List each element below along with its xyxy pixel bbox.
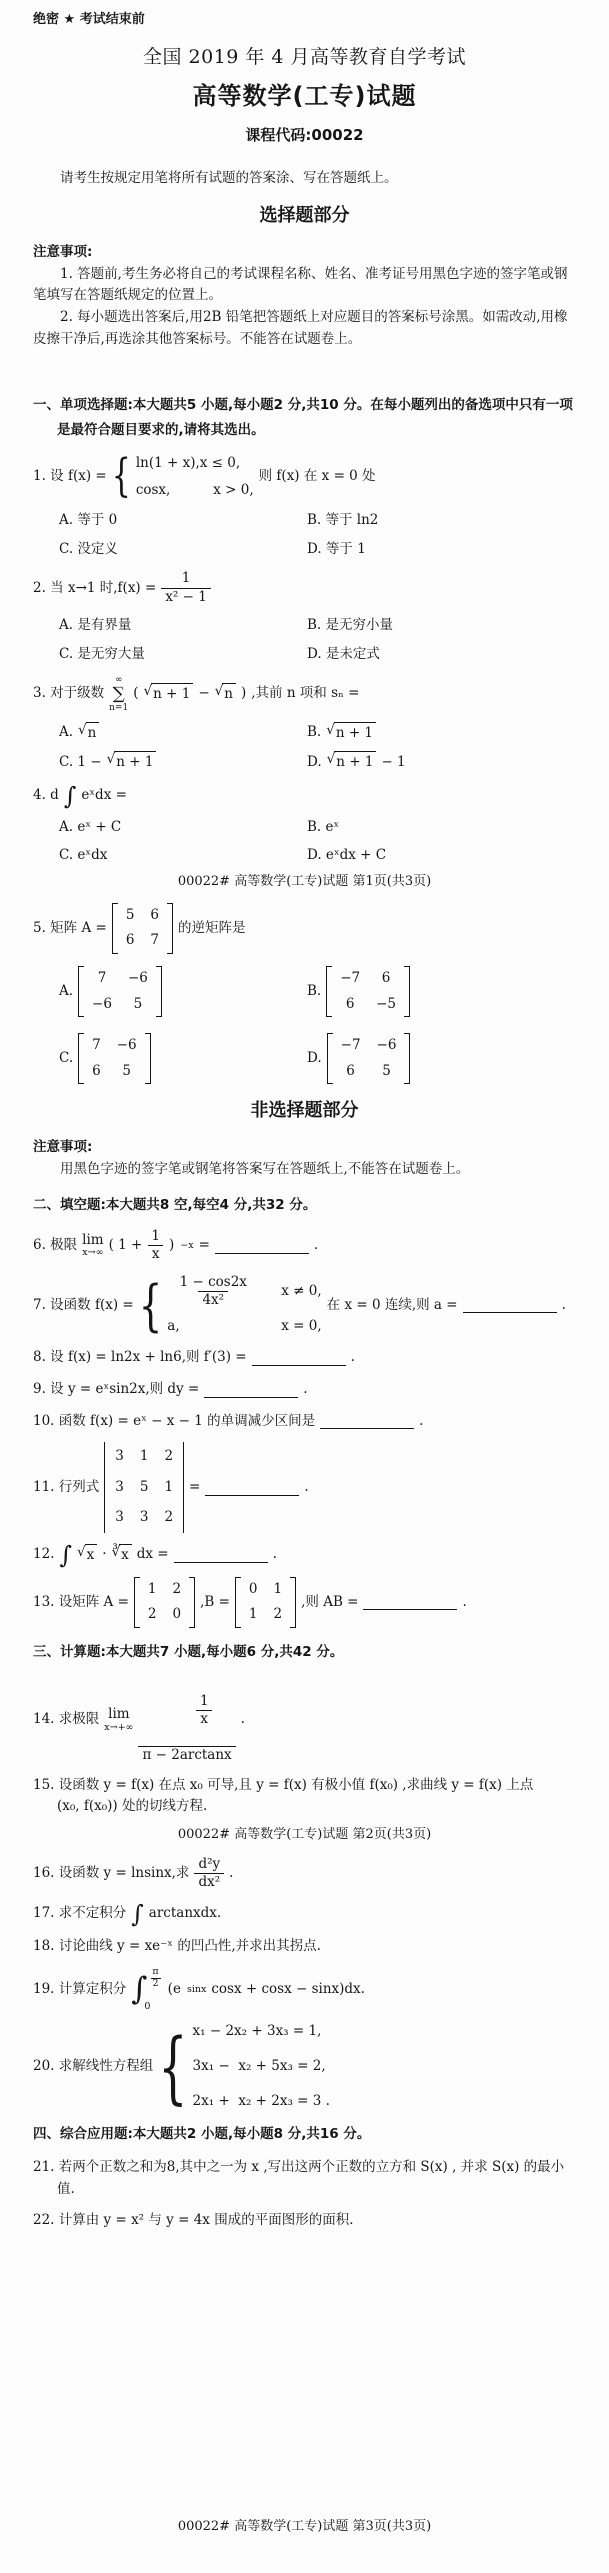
answer-blank [363, 1594, 457, 1610]
bracket-left [327, 1033, 333, 1084]
question-8-stem: 8. 设 f(x) = ln2x + ln6,则 f′(3) = [33, 1347, 247, 1369]
radicand: n [86, 722, 100, 745]
period: . [303, 1379, 307, 1401]
question-16-stem: 16. 设函数 y = lnsinx,求 [33, 1863, 189, 1885]
denominator: dx² [194, 1873, 224, 1892]
question-20-stem: 20. 求解线性方程组 [33, 2056, 153, 2078]
minus-sign: − [198, 683, 209, 705]
radicand: x [119, 1544, 132, 1567]
notes-title-choice: 注意事项: [33, 242, 576, 264]
lim-subscript: x→∞ [82, 1248, 103, 1258]
matrix-cell: 2 [148, 1604, 157, 1626]
question-9: 9. 设 y = eˣsin2x,则 dy = . [33, 1379, 576, 1401]
question-9-stem: 9. 设 y = eˣsin2x,则 dy = [33, 1379, 199, 1401]
question-19: 19. 计算定积分 ∫ π 2 0 (e sinx cosx + cosx − … [33, 1967, 576, 2011]
lim-symbol: lim [108, 1707, 129, 1721]
matrix: 5 6 6 7 [112, 903, 173, 954]
question-13-stem: 13. 设矩阵 A = [33, 1592, 129, 1614]
equals-sign: = [189, 1477, 200, 1499]
option-label: A. [59, 722, 73, 744]
sqrt-expression: √ n + 1 [107, 751, 157, 774]
answer-blank [463, 1297, 557, 1313]
fraction: d²y dx² [194, 1856, 224, 1892]
equation-row: 3x₁ − x₂ + 5x₃ = 2, [193, 2056, 330, 2078]
option-a: A. 等于 0 [59, 510, 307, 532]
sqrt-expression: √ n + 1 [144, 683, 194, 706]
answer-blank [215, 1238, 309, 1254]
matrix-cell: 0 [173, 1604, 182, 1626]
question-7-stem-post: 在 x = 0 连续,则 a = [327, 1295, 458, 1317]
period: . [351, 1347, 355, 1369]
question-5-stem-post: 的逆矩阵是 [178, 918, 246, 940]
notes-title-nonchoice: 注意事项: [33, 1137, 576, 1159]
matrix-cell: 0 [249, 1579, 258, 1601]
option-d: D. 等于 1 [307, 539, 576, 561]
question-1: 1. 设 f(x) = { ln(1 + x),x ≤ 0, cosx, x >… [33, 453, 576, 501]
period: . [273, 1544, 277, 1566]
answer-blank [320, 1413, 414, 1429]
det-bar-right [183, 1442, 184, 1533]
integral-icon: ∫ [131, 1902, 144, 1926]
page-3-footer: 00022# 高等数学(工专)试题 第3页(共3页) [0, 2517, 609, 2538]
matrix: 7 −6 6 5 [78, 1033, 151, 1084]
bracket-right [404, 1033, 410, 1084]
matrix-cell: 2 [274, 1604, 283, 1626]
question-7-cases: 1 − cos2x 4x² x ≠ 0, a, x = 0, [167, 1274, 321, 1338]
matrix-cells: 7 −6 −6 5 [86, 966, 154, 1017]
denominator: 2 [151, 1978, 161, 1989]
question-6: 6. 极限 lim x→∞ ( 1 + 1 x ) −x = . [33, 1228, 576, 1264]
question-16: 16. 设函数 y = lnsinx,求 d²y dx² . [33, 1856, 576, 1892]
page-1-footer: 00022# 高等数学(工专)试题 第1页(共3页) [33, 872, 576, 893]
course-code: 课程代码:00022 [33, 123, 576, 147]
determinant-cells: 3 1 2 3 5 1 3 3 2 [105, 1442, 183, 1533]
question-18: 18. 讨论曲线 y = xe⁻ˣ 的凹凸性,并求出其拐点. [33, 1936, 576, 1958]
option-d: D. √ n + 1 − 1 [307, 751, 576, 774]
integrand-body: cosx + cosx − sinx)dx. [211, 1979, 365, 2001]
period: . [314, 1235, 318, 1257]
exam-paper-scan: { "doc": { "classification": "绝密 ★ 考试结束前… [0, 0, 609, 2573]
question-13-stem-post: ,则 AB = [301, 1592, 358, 1614]
question-10-stem: 10. 函数 f(x) = eˣ − x − 1 的单调减少区间是 [33, 1411, 315, 1433]
equation-system: x₁ − 2x₂ + 3x₃ = 1, 3x₁ − x₂ + 5x₃ = 2, … [193, 2021, 330, 2112]
question-11-stem: 11. 行列式 [33, 1477, 99, 1499]
matrix-b: 0 1 1 2 [235, 1577, 296, 1628]
matrix-cell: 7 [92, 1035, 101, 1057]
numerator: d²y [194, 1856, 224, 1874]
det-cell: 3 [115, 1477, 124, 1499]
numerator: 1 [147, 1228, 164, 1246]
option-a: A. 7 −6 −6 5 [59, 966, 307, 1017]
question-5-stem: 5. 矩阵 A = [33, 918, 107, 940]
question-17-stem: 17. 求不定积分 [33, 1903, 126, 1925]
case-row: cosx, x > 0, [136, 480, 254, 502]
case-row: a, x = 0, [167, 1316, 321, 1338]
question-1-options: A. 等于 0 B. 等于 ln2 C. 没定义 D. 等于 1 [33, 510, 576, 560]
case-condition: x = 0, [281, 1316, 321, 1338]
option-b: B. √ n + 1 [307, 722, 576, 745]
question-14-stem: 14. 求极限 [33, 1709, 99, 1731]
sqrt-expression: √ n + 1 [327, 751, 377, 774]
sqrt-expression: √ n [215, 683, 236, 706]
matrix-cell: 5 [377, 1061, 397, 1083]
integral-icon: ∫ [59, 1543, 72, 1567]
matrix-cell: −6 [377, 1035, 397, 1057]
page-2-footer: 00022# 高等数学(工专)试题 第2页(共3页) [33, 1825, 576, 1846]
paper-title: 高等数学(工专)试题 [33, 77, 576, 115]
sum-lower-limit: n=1 [109, 704, 128, 713]
question-4: 4. d ∫ eˣdx = [33, 784, 576, 808]
numerator: 1 x [158, 1675, 217, 1746]
option-c: C. 没定义 [59, 539, 307, 561]
bracket-left [235, 1577, 241, 1628]
matrix-cell: 5 [128, 994, 148, 1016]
question-17-body: arctanxdx. [149, 1903, 221, 1925]
question-4-stem: 4. d [33, 785, 59, 807]
bracket-left [134, 1577, 140, 1628]
option-a: A. √ n [59, 722, 307, 745]
question-2-options: A. 是有界量 B. 是无穷小量 C. 是无穷大量 D. 是未定式 [33, 615, 576, 665]
paren-open: ( [133, 683, 138, 705]
period: . [562, 1295, 566, 1317]
bracket-left [112, 903, 118, 954]
radicand: x [85, 1544, 98, 1567]
period: . [462, 1592, 466, 1614]
radicand: n + 1 [151, 683, 193, 706]
fraction: 1 x² − 1 [161, 570, 211, 606]
answer-blank [174, 1547, 268, 1563]
exponent: sinx [187, 1982, 206, 1997]
matrix-a: 1 2 2 0 [134, 1577, 195, 1628]
integral-limits: π 2 0 [148, 1967, 162, 2011]
limit-operator: lim x→∞ [82, 1233, 103, 1258]
question-1-stem: 1. 设 f(x) = [33, 466, 107, 488]
option-label: D. [307, 752, 322, 774]
definite-integral: ∫ π 2 0 [131, 1967, 162, 2011]
option-d: D. −7 −6 6 5 [307, 1033, 576, 1084]
radicand: n + 1 [334, 722, 376, 745]
part-title-choice: 选择题部分 [33, 202, 576, 231]
summation-symbol: ∞ ∑ n=1 [109, 676, 128, 713]
answer-blank [204, 1382, 298, 1398]
case-value: a, [167, 1316, 259, 1338]
fraction: 1 − cos2x 4x² [167, 1274, 259, 1310]
matrix-cell: 6 [92, 1061, 101, 1083]
question-12-number: 12. [33, 1544, 54, 1566]
question-12-body: dx = [137, 1544, 169, 1566]
exam-title: 全国 2019 年 4 月高等教育自学考试 [33, 42, 576, 72]
matrix-cell: 6 [340, 994, 360, 1016]
question-3: 3. 对于级数 ∞ ∑ n=1 ( √ n + 1 − √ n ) ,其前 n … [33, 676, 576, 713]
radicand: n + 1 [114, 751, 156, 774]
matrix-cell: 1 [249, 1604, 258, 1626]
page-content: 绝密 ★ 考试结束前 全国 2019 年 4 月高等教育自学考试 高等数学(工专… [0, 0, 609, 2232]
radicand: n [222, 683, 236, 706]
matrix-cell: −5 [376, 994, 396, 1016]
matrix-cell: 5 [126, 905, 135, 927]
question-20: 20. 求解线性方程组 { x₁ − 2x₂ + 3x₃ = 1, 3x₁ − … [33, 2021, 576, 2112]
option-label: B. [307, 722, 321, 744]
option-d: D. eˣdx + C [307, 845, 576, 867]
matrix: −7 −6 6 5 [327, 1033, 411, 1084]
det-cell: 3 [115, 1446, 124, 1468]
paren-open: ( 1 + [109, 1235, 143, 1257]
section-2-heading: 二、填空题:本大题共8 空,每空4 分,共32 分。 [33, 1193, 576, 1218]
option-a: A. eˣ + C [59, 817, 307, 839]
determinant: 3 1 2 3 5 1 3 3 2 [104, 1442, 184, 1533]
equation-row: x₁ − 2x₂ + 3x₃ = 1, [193, 2021, 330, 2043]
matrix-cell: −7 [341, 1035, 361, 1057]
option-c: C. 是无穷大量 [59, 644, 307, 666]
question-13: 13. 设矩阵 A = 1 2 2 0 ,B = 0 1 1 2 ,则 AB =… [33, 1577, 576, 1628]
lim-symbol: lim [82, 1233, 103, 1247]
det-cell: 1 [140, 1446, 149, 1468]
det-cell: 2 [164, 1507, 173, 1529]
option-a: A. 是有界量 [59, 615, 307, 637]
equation-row: 2x₁ + x₂ + 2x₃ = 3 . [193, 2091, 330, 2113]
question-5: 5. 矩阵 A = 5 6 6 7 的逆矩阵是 [33, 903, 576, 954]
bracket-right [167, 903, 173, 954]
section-4-heading: 四、综合应用题:本大题共2 小题,每小题8 分,共16 分。 [33, 2122, 576, 2147]
answer-blank [252, 1350, 346, 1366]
case-row: 1 − cos2x 4x² x ≠ 0, [167, 1274, 321, 1310]
option-b: B. eˣ [307, 817, 576, 839]
option-c: C. eˣdx [59, 845, 307, 867]
denominator: x [196, 1710, 212, 1729]
matrix-cells: 5 6 6 7 [120, 903, 165, 954]
question-6-stem: 6. 极限 [33, 1235, 77, 1257]
denominator: 4x² [198, 1291, 228, 1310]
part-title-nonchoice: 非选择题部分 [33, 1097, 576, 1126]
option-label: B. [307, 981, 321, 1003]
section-3-heading: 三、计算题:本大题共7 小题,每小题6 分,共42 分。 [33, 1640, 576, 1665]
bracket-left [326, 966, 332, 1017]
inner-fraction: 1 x [196, 1693, 213, 1729]
radicand: n + 1 [334, 751, 376, 774]
option-label: D. [307, 1048, 322, 1070]
matrix-cells: 0 1 1 2 [243, 1577, 288, 1628]
left-brace: { [139, 1278, 163, 1334]
bracket-right [156, 966, 162, 1017]
matrix-cell: 6 [376, 968, 396, 990]
lim-subscript: x→+∞ [104, 1723, 133, 1733]
matrix-cell: −6 [92, 994, 112, 1016]
dot-operator: · [102, 1544, 106, 1566]
note-2: 2. 每小题选出答案后,用2B 铅笔把答题纸上对应题目的答案标号涂黑。如需改动,… [33, 307, 576, 351]
denominator: x² − 1 [161, 588, 211, 607]
bracket-left [78, 966, 84, 1017]
matrix-cells: 7 −6 6 5 [86, 1033, 143, 1084]
denominator: x [148, 1245, 164, 1264]
option-tail: − 1 [381, 752, 405, 774]
section-1-heading: 一、单项选择题:本大题共5 小题,每小题2 分,共10 分。在每小题列出的备选项… [33, 393, 576, 443]
fraction: 1 x [147, 1228, 164, 1264]
bracket-right [189, 1577, 195, 1628]
det-cell: 5 [140, 1477, 149, 1499]
question-1-stem-post: 则 f(x) 在 x = 0 处 [259, 466, 376, 488]
big-fraction: 1 x π − 2arctanx [138, 1675, 235, 1765]
period: . [241, 1709, 245, 1731]
paren-close: ) [241, 683, 246, 705]
question-3-options: A. √ n B. √ n + 1 C. 1 − √ n + 1 D. √ n [33, 722, 576, 774]
note-nonchoice: 用黑色字迹的签字笔或钢笔将答案写在答题纸上,不能答在试题卷上。 [33, 1159, 576, 1181]
question-10: 10. 函数 f(x) = eˣ − x − 1 的单调减少区间是 . [33, 1411, 576, 1433]
det-cell: 1 [164, 1477, 173, 1499]
matrix-cell: 6 [150, 905, 159, 927]
question-19-stem: 19. 计算定积分 [33, 1979, 126, 2001]
question-17: 17. 求不定积分 ∫ arctanxdx. [33, 1902, 576, 1926]
bracket-left [78, 1033, 84, 1084]
numerator: 1 − cos2x [176, 1274, 251, 1292]
matrix-cells: 1 2 2 0 [142, 1577, 187, 1628]
matrix-cell: 7 [92, 968, 112, 990]
question-3-stem: 3. 对于级数 [33, 683, 104, 705]
question-12: 12. ∫ √ x · ∛ x dx = . [33, 1543, 576, 1567]
period: . [419, 1411, 423, 1433]
integral-icon: ∫ [64, 784, 77, 808]
period: . [229, 1863, 233, 1885]
question-8: 8. 设 f(x) = ln2x + ln6,则 f′(3) = . [33, 1347, 576, 1369]
matrix-cells: −7 −6 6 5 [335, 1033, 403, 1084]
matrix: −7 6 6 −5 [326, 966, 410, 1017]
question-15-line-1: 15. 设函数 y = f(x) 在点 x₀ 可导,且 y = f(x) 有极小… [33, 1775, 576, 1797]
matrix-cells: −7 6 6 −5 [334, 966, 402, 1017]
note-1: 1. 答题前,考生务必将自己的考试课程名称、姓名、准考证号用黑色字迹的签字笔或钢… [33, 264, 576, 308]
answer-blank [205, 1480, 299, 1496]
matrix-cell: 1 [274, 1579, 283, 1601]
left-brace: { [158, 2028, 187, 2106]
question-11: 11. 行列式 3 1 2 3 5 1 3 3 2 = . [33, 1442, 576, 1533]
cbrt-expression: ∛ x [112, 1544, 132, 1567]
option-label: C. [59, 1048, 73, 1070]
matrix-cell: 1 [148, 1579, 157, 1601]
limit-operator: lim x→+∞ [104, 1707, 133, 1732]
question-2-stem: 2. 当 x→1 时,f(x) = [33, 578, 156, 600]
case-row: ln(1 + x),x ≤ 0, [136, 453, 254, 475]
numerator: π [148, 1967, 162, 1977]
question-15-line-2: (x₀, f(x₀)) 处的切线方程. [33, 1796, 576, 1818]
det-cell: 2 [164, 1446, 173, 1468]
option-label: A. [59, 981, 73, 1003]
bracket-right [404, 966, 410, 1017]
option-label: C. 1 − [59, 752, 102, 774]
bracket-right [145, 1033, 151, 1084]
option-c: C. 1 − √ n + 1 [59, 751, 307, 774]
integrand-open: (e [168, 1979, 181, 2001]
equals-sign: = [199, 1235, 210, 1257]
bracket-right [290, 1577, 296, 1628]
option-b: B. 是无穷小量 [307, 615, 576, 637]
matrix: 7 −6 −6 5 [78, 966, 162, 1017]
matrix-separator: ,B = [200, 1592, 230, 1614]
matrix-cell: 2 [173, 1579, 182, 1601]
question-2: 2. 当 x→1 时,f(x) = 1 x² − 1 [33, 570, 576, 606]
numerator: 1 [196, 1693, 213, 1711]
option-b: B. 等于 ln2 [307, 510, 576, 532]
matrix-cell: 6 [126, 930, 135, 952]
question-5-options: A. 7 −6 −6 5 B. −7 6 6 −5 [33, 966, 576, 1084]
option-b: B. −7 6 6 −5 [307, 966, 576, 1017]
upper-limit: π 2 [148, 1967, 162, 1989]
denominator: π − 2arctanx [138, 1746, 235, 1765]
sqrt-expression: √ n [78, 722, 99, 745]
left-brace: { [112, 455, 131, 500]
matrix-cell: −6 [117, 1035, 137, 1057]
question-22: 22. 计算由 y = x² 与 y = 4x 围成的平面图形的面积. [33, 2210, 576, 2232]
exponent: −x [180, 1238, 193, 1253]
lower-limit: 0 [144, 2002, 162, 2012]
matrix-cell: 5 [117, 1061, 137, 1083]
sigma-icon: ∑ [113, 686, 125, 703]
question-7: 7. 设函数 f(x) = { 1 − cos2x 4x² x ≠ 0, a, … [33, 1274, 576, 1338]
matrix-cell: 6 [341, 1061, 361, 1083]
question-21-line-1: 21. 若两个正数之和为8,其中之一为 x ,写出这两个正数的立方和 S(x) … [33, 2157, 576, 2179]
sqrt-expression: √ x [77, 1544, 97, 1567]
matrix-cell: −7 [340, 968, 360, 990]
sqrt-expression: √ n + 1 [326, 722, 376, 745]
numerator: 1 [178, 570, 195, 588]
exam-instruction: 请考生按规定用笔将所有试题的答案涂、写在答题纸上。 [33, 168, 576, 190]
question-1-cases: ln(1 + x),x ≤ 0, cosx, x > 0, [136, 453, 254, 501]
option-c: C. 7 −6 6 5 [59, 1033, 307, 1084]
period: . [304, 1477, 308, 1499]
option-d: D. 是未定式 [307, 644, 576, 666]
question-4-body: eˣdx = [81, 785, 127, 807]
question-21-line-2: 值. [33, 2179, 576, 2201]
matrix-cell: 7 [150, 930, 159, 952]
question-4-options: A. eˣ + C B. eˣ C. eˣdx D. eˣdx + C [33, 817, 576, 867]
question-7-stem: 7. 设函数 f(x) = [33, 1295, 134, 1317]
det-cell: 3 [115, 1507, 124, 1529]
classification-label: 绝密 ★ 考试结束前 [33, 10, 576, 31]
question-3-stem-post: ,其前 n 项和 sₙ = [251, 683, 359, 705]
matrix-cell: −6 [128, 968, 148, 990]
case-condition: x ≠ 0, [281, 1281, 321, 1303]
question-14: 14. 求极限 lim x→+∞ 1 x π − 2arctanx . [33, 1675, 576, 1765]
det-cell: 3 [140, 1507, 149, 1529]
paren-close: ) [169, 1235, 174, 1257]
